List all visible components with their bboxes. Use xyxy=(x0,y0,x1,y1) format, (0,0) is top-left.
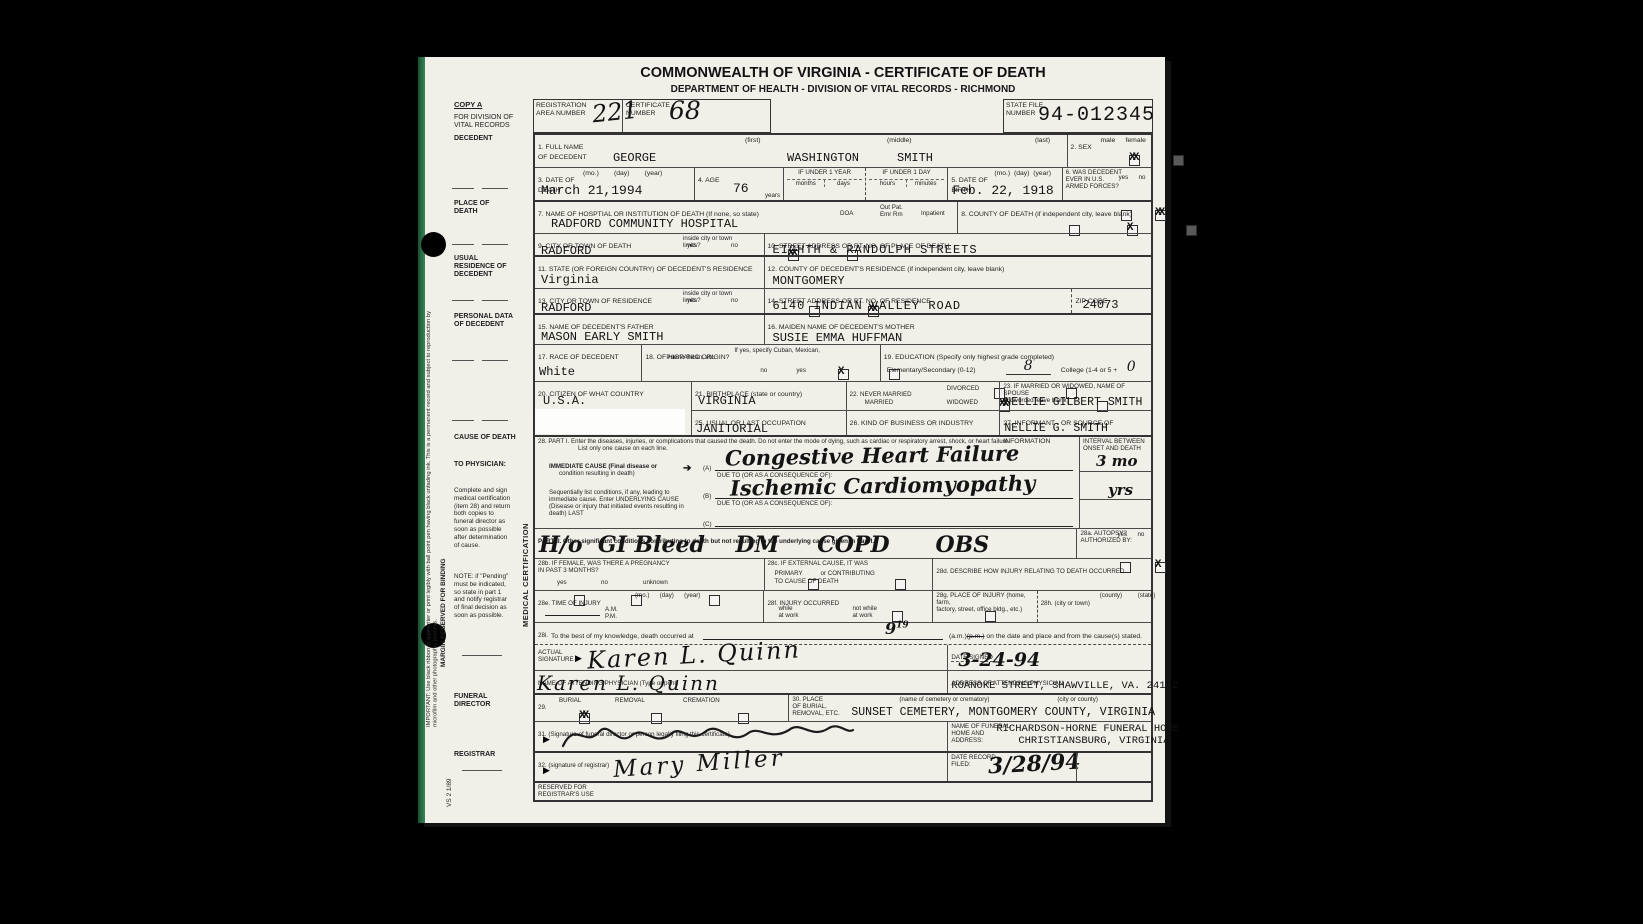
name-first-value: GEORGE xyxy=(613,151,656,165)
form-grid: 1. FULL NAME OF DECEDENT (first) (middle… xyxy=(533,133,1153,802)
race-value: White xyxy=(539,365,575,379)
sex-male-label: male xyxy=(1101,137,1116,145)
hint-last: (last) xyxy=(1035,137,1050,145)
field-physician-name: NAME OF ATTENDING PHYSICIAN (Type or pri… xyxy=(535,671,947,693)
interval-b-value: yrs xyxy=(1108,481,1133,499)
field-part1: 28. PART I. Enter the diseases, injuries… xyxy=(535,437,1079,528)
section-usual-residence: USUAL RESIDENCE OF DECEDENT xyxy=(454,255,514,278)
field-attestation: 28i. To the best of my knowledge, death … xyxy=(535,623,1151,644)
field-funeral-director-signature: 31. (Signature of funeral director or pe… xyxy=(535,722,947,751)
field-state-residence: 11. STATE (OR FOREIGN COUNTRY) OF DECEDE… xyxy=(535,257,764,288)
field-registrar-extra xyxy=(1076,753,1151,781)
field-reserved: RESERVED FOR REGISTRAR'S USE xyxy=(535,783,1151,802)
field-zip: ZIP CODE 24073 xyxy=(1071,289,1151,313)
field-education: 19. EDUCATION (Specify only highest grad… xyxy=(880,345,1151,381)
father-value: MASON EARLY SMITH xyxy=(541,330,663,344)
field-external-cause: 28c. IF EXTERNAL CAUSE, IT WAS PRIMARY o… xyxy=(764,559,933,590)
section-personal-data: PERSONAL DATA OF DECEDENT xyxy=(454,313,514,329)
margin-binding-note: MARGIN RESERVED FOR BINDING xyxy=(440,337,448,667)
name-middle-value: WASHINGTON xyxy=(787,151,859,165)
funeral-director-signature xyxy=(557,716,857,752)
sex-male-checkbox: XX xyxy=(1129,155,1140,166)
registrar-signature-pointer: ▶ xyxy=(543,765,550,776)
field-date-signed: DATE SIGNED 3-24-94 xyxy=(947,645,1151,670)
date-of-death-value: March 21,1994 xyxy=(541,183,642,198)
time-of-death-value: 919 xyxy=(885,619,909,638)
sex-label: 2. SEX xyxy=(1071,144,1092,151)
photo-of-death-certificate: { "header": { "title": "COMMONWEALTH OF … xyxy=(0,0,1643,924)
field-physician-address: ADDRESS OF ATTENDING PHYSICIAN ROANOKE S… xyxy=(947,671,1151,693)
field-full-name: 1. FULL NAME OF DECEDENT (first) (middle… xyxy=(535,135,1067,167)
registration-box: REGISTRATION AREA NUMBER 221 CERTIFICATE… xyxy=(533,99,771,133)
margin-important-note: IMPORTANT: Use black ribbon in typewrite… xyxy=(426,297,439,727)
armed-forces-no-checkbox: XX xyxy=(1155,210,1166,221)
field-armed-forces: 6. WAS DECEDENT EVER IN U.S. ARMED FORCE… xyxy=(1062,168,1151,200)
field-part2: PART II. Other significant conditions co… xyxy=(535,529,1076,558)
signature-pointer: ▶ xyxy=(575,653,582,664)
section-funeral-director: FUNERAL DIRECTOR xyxy=(454,693,509,709)
field-city-of-death: 9. CITY OR TOWN OF DEATH RADFORD inside … xyxy=(535,234,764,255)
field-county-of-death: 8. COUNTY OF DEATH (if independent city,… xyxy=(957,202,1151,233)
zip-value: 24073 xyxy=(1082,298,1118,312)
certificate-number-label1: CERTIFICATE xyxy=(626,102,670,110)
informant-value: NELLIE G. SMITH xyxy=(1004,422,1108,435)
field-city-residence: 13. CITY OR TOWN OF RESIDENCE RADFORD in… xyxy=(535,289,764,313)
physician-address-value: ROANOKE STREET, SHAWVILLE, VA. 24162 xyxy=(951,680,1178,692)
field-if-under-1-year: IF UNDER 1 YEAR months days xyxy=(783,168,864,200)
field-spouse: 23. IF MARRIED OR WIDOWED, NAME OF SPOUS… xyxy=(999,382,1151,410)
sex-female-label: female xyxy=(1126,137,1146,145)
field-hospital: 7. NAME OF HOSPTIAL OR INSTITUTION OF DE… xyxy=(535,202,957,233)
autopsy-no-checkbox: X xyxy=(1155,562,1166,573)
date-filed-value: 3/28/94 xyxy=(988,749,1082,780)
registration-area-label1: REGISTRATION xyxy=(536,102,586,110)
binding-stripe xyxy=(418,57,425,823)
name-last-value: SMITH xyxy=(897,151,933,165)
physician-name-value: Karen L. Quinn xyxy=(537,671,720,695)
field-how-injury: 28d. DESCRIBE HOW INJURY RELATING TO DEA… xyxy=(932,559,1151,590)
funeral-home-name: RICHARDSON-HORNE FUNERAL HOME xyxy=(996,723,1179,735)
cause-b-value: Ischemic Cardiomyopathy xyxy=(730,470,1036,500)
citizen-value: U.S.A. xyxy=(543,394,586,408)
funeral-home-city: CHRISTIANSBURG, VIRGINIA xyxy=(1018,735,1169,747)
date-signed-value: 3-24-94 xyxy=(958,649,1040,671)
occupation-value: JANITORIAL xyxy=(696,422,768,436)
field-date-of-death: 3. DATE OF (mo.) (day) (year) DEATH Marc… xyxy=(535,168,694,200)
field-informant: 27. INFORMANT - OR SOURCE OF INFORMATION… xyxy=(999,411,1151,437)
education-elementary-value: 8 xyxy=(1006,358,1051,375)
hint-middle: (middle) xyxy=(887,137,912,145)
certificate-number-value: 68 xyxy=(669,96,701,125)
field-father: 15. NAME OF DECEDENT'S FATHER MASON EARL… xyxy=(535,315,764,344)
attest-suffix: (a.m.)(p.m.) on the date and place and f… xyxy=(949,633,1142,641)
section-place-of-death: PLACE OF DEATH xyxy=(454,200,509,216)
field-place-of-injury: 28g. PLACE OF INJURY (home, farm, factor… xyxy=(932,591,1036,622)
date-of-birth-value: Feb. 22, 1918 xyxy=(952,183,1053,198)
registration-area-label2: AREA NUMBER xyxy=(536,110,586,118)
immediate-cause-arrow: ➔ xyxy=(683,463,691,474)
inpatient-checkbox xyxy=(1186,225,1197,236)
field-date-of-birth: 5. DATE OF (mo.) (day) (year) BIRTH Feb.… xyxy=(947,168,1061,200)
field-injury-location: 28h. (city or town) (county) (state) xyxy=(1037,591,1151,622)
field-funeral-home: NAME OF FUNERAL HOME AND ADDRESS: RICHAR… xyxy=(947,722,1151,751)
field-autopsy: 28a. AUTOPSY? AUTHORIZED BY: yes no X xyxy=(1076,529,1151,558)
hispanic-no-checkbox: X xyxy=(838,369,849,380)
field-occupation: 25. USUAL OR LAST OCCUPATION JANITORIAL xyxy=(692,411,846,437)
field-actual-signature: ACTUAL SIGNATURE ▶ Karen L. Quinn xyxy=(535,645,947,670)
copy-for-line1: FOR DIVISION OF xyxy=(454,114,513,122)
hint-first: (first) xyxy=(745,137,760,145)
field-marital-status: 22. NEVER MARRIED DIVORCED MARRIED XX WI… xyxy=(846,382,1000,410)
county-residence-value: MONTGOMERY xyxy=(773,274,845,288)
field-if-under-1-day: IF UNDER 1 DAY hours minutes xyxy=(865,168,947,200)
form-subtitle: DEPARTMENT OF HEALTH - DIVISION OF VITAL… xyxy=(533,84,1153,95)
state-residence-value: Virginia xyxy=(541,273,599,287)
external-contributing-checkbox xyxy=(895,579,906,590)
sex-female-checkbox xyxy=(1173,155,1184,166)
whiteout-patch xyxy=(535,409,685,434)
mother-value: SUSIE EMMA HUFFMAN xyxy=(773,331,903,345)
funeral-signature-pointer: ▶ xyxy=(543,734,550,745)
form-code: VS 2 1/89 xyxy=(446,762,454,807)
education-college-value: 0 xyxy=(1127,359,1136,375)
full-name-label: 1. FULL NAME xyxy=(538,144,583,151)
section-to-physician: TO PHYSICIAN: xyxy=(454,461,514,469)
field-registrar-signature: 32. (signature of registrar) ▶ Mary Mill… xyxy=(535,753,947,781)
physician-instructions: Complete and sign medical certification … xyxy=(454,487,512,549)
cause-a-value: Congestive Heart Failure xyxy=(725,440,1020,470)
section-decedent: DECEDENT xyxy=(454,135,493,143)
field-citizen: 20. CITIZEN OF WHAT COUNTRY U.S.A. xyxy=(535,382,691,435)
field-race: 17. RACE OF DECEDENT White xyxy=(535,345,641,381)
punch-hole-top xyxy=(421,232,446,257)
field-birthplace: 21. BIRTHPLACE (state or country) VIRGIN… xyxy=(692,382,846,410)
age-value: 76 xyxy=(733,181,749,196)
form-title: COMMONWEALTH OF VIRGINIA - CERTIFICATE O… xyxy=(533,65,1153,81)
section-registrar: REGISTRAR xyxy=(454,751,495,759)
field-mother: 16. MAIDEN NAME OF DECEDENT'S MOTHER SUS… xyxy=(764,315,1151,344)
field-street-of-death: 10. STREET ADDRESS OR RT. NO. OF PLACE O… xyxy=(764,234,1151,255)
field-age: 4. AGE 76 years xyxy=(694,168,783,200)
field-hispanic: 18. OF HISPANIC ORIGIN? If yes, specify … xyxy=(641,345,879,381)
birthplace-value: VIRGINIA xyxy=(698,394,756,408)
field-pregnancy: 28b. IF FEMALE, WAS THERE A PREGNANCY IN… xyxy=(535,559,764,590)
state-file-value: 94-012345 xyxy=(1038,104,1155,127)
certificate-paper: MARGIN RESERVED FOR BINDING IMPORTANT: U… xyxy=(418,57,1165,823)
spouse-value: NELLIE GILBERT SMITH xyxy=(1004,396,1142,409)
place-of-burial-value: SUNSET CEMETERY, MONTGOMERY COUNTY, VIRG… xyxy=(851,706,1155,719)
certificate-number-label2: NUMBER xyxy=(626,110,670,118)
field-sex: 2. SEX male female XX xyxy=(1067,135,1151,167)
interval-a-value: 3 mo xyxy=(1096,452,1138,470)
field-date-filed: DATE RECORD FILED: 3/28/94 xyxy=(947,753,1076,781)
part2-value: H/o GI Bleed DM COPD OBS xyxy=(539,532,989,558)
copy-for-line2: VITAL RECORDS xyxy=(454,122,513,130)
section-cause-of-death: CAUSE OF DEATH xyxy=(454,434,524,442)
field-injury-occurred: 28f. INJURY OCCURRED while at work not w… xyxy=(763,591,932,622)
medical-certification-label: MEDICAL CERTIFICATION xyxy=(522,462,530,627)
registrar-signature: Mary Miller xyxy=(612,745,785,783)
street-residence-value: 6140 INDIAN VALLEY ROAD xyxy=(773,299,962,313)
field-time-of-injury: 28e. TIME OF INJURY (mo.) (day) (year) A… xyxy=(535,591,763,622)
field-industry: 26. KIND OF BUSINESS OR INDUSTRY xyxy=(846,411,1000,437)
pending-note: NOTE: if "Pending" must be indicated, so… xyxy=(454,573,512,620)
field-street-residence: 14. STREET ADDRESS OR RT. NO. OF RESIDEN… xyxy=(764,289,1072,313)
hospital-value: RADFORD COMMUNITY HOSPITAL xyxy=(551,217,738,231)
field-interval-column: INTERVAL BETWEEN ONSET AND DEATH 3 mo yr… xyxy=(1079,437,1151,528)
copy-label: COPY A xyxy=(454,101,513,109)
state-file-box: STATE FILE NUMBER 94-012345 xyxy=(1003,99,1153,133)
field-county-residence: 12. COUNTY OF DECEDENT'S RESIDENCE (if i… xyxy=(764,257,1151,288)
